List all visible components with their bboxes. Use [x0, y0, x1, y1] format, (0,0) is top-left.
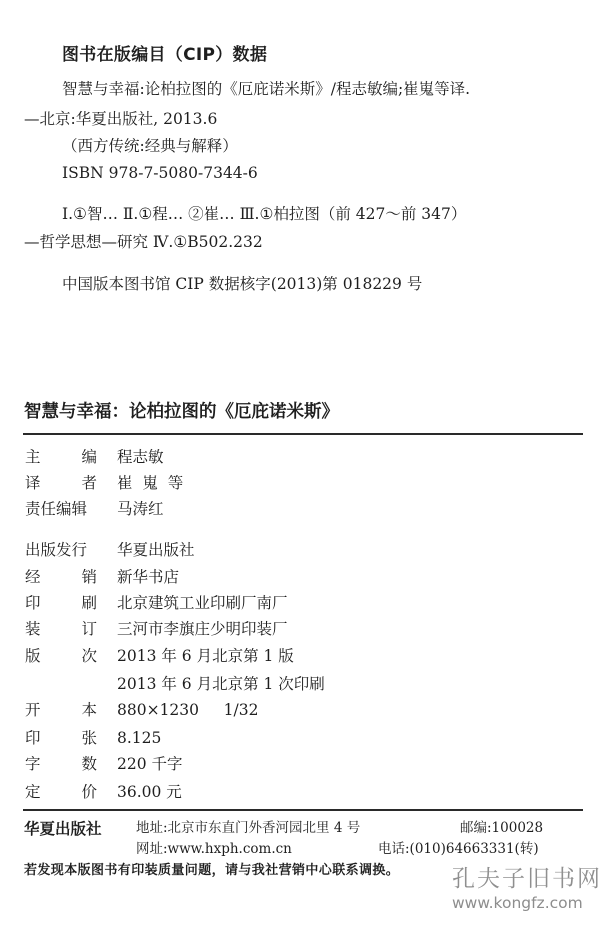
- title-rule: [23, 433, 583, 435]
- label-char: 经: [25, 570, 41, 586]
- label-char: 主: [25, 450, 41, 466]
- label-char: 印: [25, 731, 41, 747]
- cip-heading: 图书在版编目（CIP）数据: [62, 47, 267, 64]
- label-char: 编: [81, 450, 97, 466]
- colophon-row-label: 经销: [25, 570, 97, 586]
- cip-line-publisher: —北京:华夏出版社, 2013.6: [24, 112, 217, 128]
- label-char: 刷: [81, 596, 97, 612]
- cip-line-classification: Ⅰ.①智… Ⅱ.①程… ②崔… Ⅲ.①柏拉图（前 427～前 347）: [62, 207, 466, 223]
- watermark-name: 孔夫子旧书网: [452, 868, 600, 891]
- label-char: 数: [81, 757, 97, 773]
- colophon-row-value: 8.125: [117, 731, 161, 747]
- publisher-address: 地址:北京市东直门外香河园北里 4 号: [136, 822, 360, 836]
- cip-line-title: 智慧与幸福:论柏拉图的《厄庇诺米斯》/程志敏编;崔嵬等译.: [62, 82, 470, 98]
- colophon-row-label: 定价: [25, 785, 97, 801]
- colophon-row-value: 新华书店: [117, 570, 179, 586]
- colophon-row-label: 印张: [25, 731, 97, 747]
- label-char: 译: [25, 476, 41, 492]
- publisher-name: 华夏出版社: [24, 821, 102, 837]
- cip-line-record-number: 中国版本图书馆 CIP 数据核字(2013)第 018229 号: [62, 277, 422, 293]
- publisher-postcode: 邮编:100028: [460, 822, 543, 836]
- bottom-rule: [23, 809, 583, 811]
- label-char: 定: [25, 785, 41, 801]
- colophon-row-value: 220 千字: [117, 757, 183, 773]
- label-char: 出版发行: [25, 541, 87, 559]
- label-char: 张: [81, 731, 97, 747]
- book-title: 智慧与幸福：论柏拉图的《厄庇诺米斯》: [24, 404, 339, 422]
- colophon-row-value: 马涛红: [117, 502, 164, 518]
- colophon-row-value: 崔 嵬 等: [117, 476, 183, 492]
- label-char: 价: [81, 785, 97, 801]
- colophon-row-label: 版次: [25, 649, 97, 665]
- colophon-row-value: 华夏出版社: [117, 543, 195, 559]
- colophon-row-value: 三河市李旗庄少明印装厂: [117, 622, 288, 638]
- colophon-row-value: 880×1230 1/32: [117, 703, 258, 719]
- colophon-row-label: 出版发行: [25, 543, 97, 559]
- colophon-row-label: 印刷: [25, 596, 97, 612]
- colophon-row-label: 译者: [25, 476, 97, 492]
- colophon-row-label: 字数: [25, 757, 97, 773]
- colophon-row-label: 责任编辑: [25, 502, 97, 518]
- label-char: 责任编辑: [25, 500, 87, 518]
- label-char: 者: [81, 476, 97, 492]
- label-char: 次: [81, 649, 97, 665]
- label-char: 印: [25, 596, 41, 612]
- label-char: 装: [25, 622, 41, 638]
- label-char: 字: [25, 757, 41, 773]
- colophon-row-value: 2013 年 6 月北京第 1 次印刷: [117, 677, 325, 693]
- label-char: 本: [81, 703, 97, 719]
- label-char: 版: [25, 649, 41, 665]
- colophon-row-label: 装订: [25, 622, 97, 638]
- label-char: 订: [81, 622, 97, 638]
- colophon-row-value: 程志敏: [117, 450, 164, 466]
- publisher-website: 网址:www.hxph.com.cn: [136, 843, 292, 857]
- colophon-row-value: 北京建筑工业印刷厂南厂: [117, 596, 288, 612]
- colophon-row-label: 主编: [25, 450, 97, 466]
- colophon-row-value: 36.00 元: [117, 785, 182, 801]
- colophon-row-value: 2013 年 6 月北京第 1 版: [117, 649, 294, 665]
- colophon-row-label: 开本: [25, 703, 97, 719]
- quality-notice: 若发现本版图书有印装质量问题，请与我社营销中心联系调换。: [24, 864, 399, 877]
- watermark-url: www.kongfz.com: [452, 896, 583, 912]
- cip-line-isbn: ISBN 978-7-5080-7344-6: [62, 166, 258, 182]
- cip-line-classification-cont: —哲学思想—研究 Ⅳ.①B502.232: [24, 235, 263, 251]
- publisher-phone: 电话:(010)64663331(转): [378, 843, 539, 857]
- cip-line-series: （西方传统:经典与解释）: [62, 139, 238, 155]
- label-char: 销: [81, 570, 97, 586]
- label-char: 开: [25, 703, 41, 719]
